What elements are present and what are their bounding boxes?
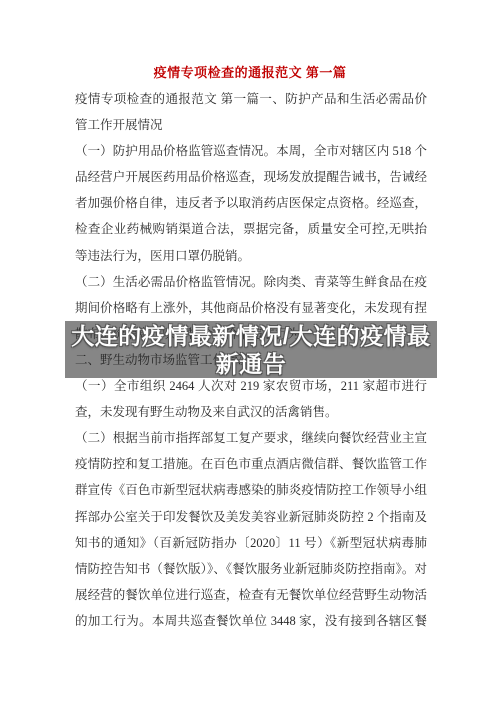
doc-line: 情防控告知书（餐饮版）》、《餐饮服务业新冠肺炎防控指南》。对开	[75, 556, 427, 582]
doc-line: 疫情防控和复工措施。在百色市重点酒店微信群、餐饮监管工作 QQ	[75, 451, 427, 477]
doc-line: 的加工行为。本周共巡查餐饮单位 3448 家，没有接到各辖区餐饮单	[75, 608, 427, 634]
doc-line: 挥部办公室关于印发餐饮及美发美容业新冠肺炎防控 2 个指南及告	[75, 504, 427, 530]
watermark-text-line-1: 大连的疫情最新情况/大连的疫情最	[71, 322, 430, 350]
document-page: 疫情专项检查的通报范文 第一篇 疫情专项检查的通报范文 第一篇一、防护产品和生活…	[0, 0, 500, 706]
doc-line: （一）防护用品价格监管巡查情况。本周，全市对辖区内 518 个药	[75, 138, 427, 164]
doc-line: （二）生活必需品价格监管情况。除肉类、青菜等生鲜食品在疫情	[75, 269, 427, 295]
doc-line: 期间价格略有上涨外，其他商品价格没有显著变化，未发现有捏造	[75, 295, 427, 321]
doc-line: 疫情专项检查的通报范文 第一篇一、防护产品和生活必需品价格监	[75, 86, 427, 112]
doc-line: 展经营的餐饮单位进行巡查，检查有无餐饮单位经营野生动物活体	[75, 582, 427, 608]
doc-line: 品经营户开展医药用品价格巡查，现场发放提醒告诫书，告诫经营	[75, 164, 427, 190]
doc-line: 者加强价格自律，违反者予以取消药店医保定点资格。经巡查，所	[75, 190, 427, 216]
watermark-overlay-banner: 大连的疫情最新情况/大连的疫情最 新通告	[65, 321, 437, 378]
watermark-text-line-2: 新通告	[216, 350, 287, 378]
document-title: 疫情专项检查的通报范文 第一篇	[0, 62, 500, 81]
doc-line: 知书的通知》（百新冠防指办〔2020〕11 号）《新型冠状病毒肺炎疫	[75, 530, 427, 556]
doc-line: 检查企业药械购销渠道合法，票据完备，质量安全可控,无哄抬物价	[75, 216, 427, 242]
doc-line: 等违法行为，医用口罩仍脱销。	[75, 243, 427, 269]
doc-line: 查，未发现有野生动物及来自武汉的活禽销售。	[75, 399, 427, 425]
doc-line: 群宣传《百色市新型冠状病毒感染的肺炎疫情防控工作领导小组指	[75, 477, 427, 503]
doc-line: （二）根据当前市指挥部复工复产要求，继续向餐饮经营业主宣传	[75, 425, 427, 451]
doc-line: 管工作开展情况	[75, 112, 427, 138]
